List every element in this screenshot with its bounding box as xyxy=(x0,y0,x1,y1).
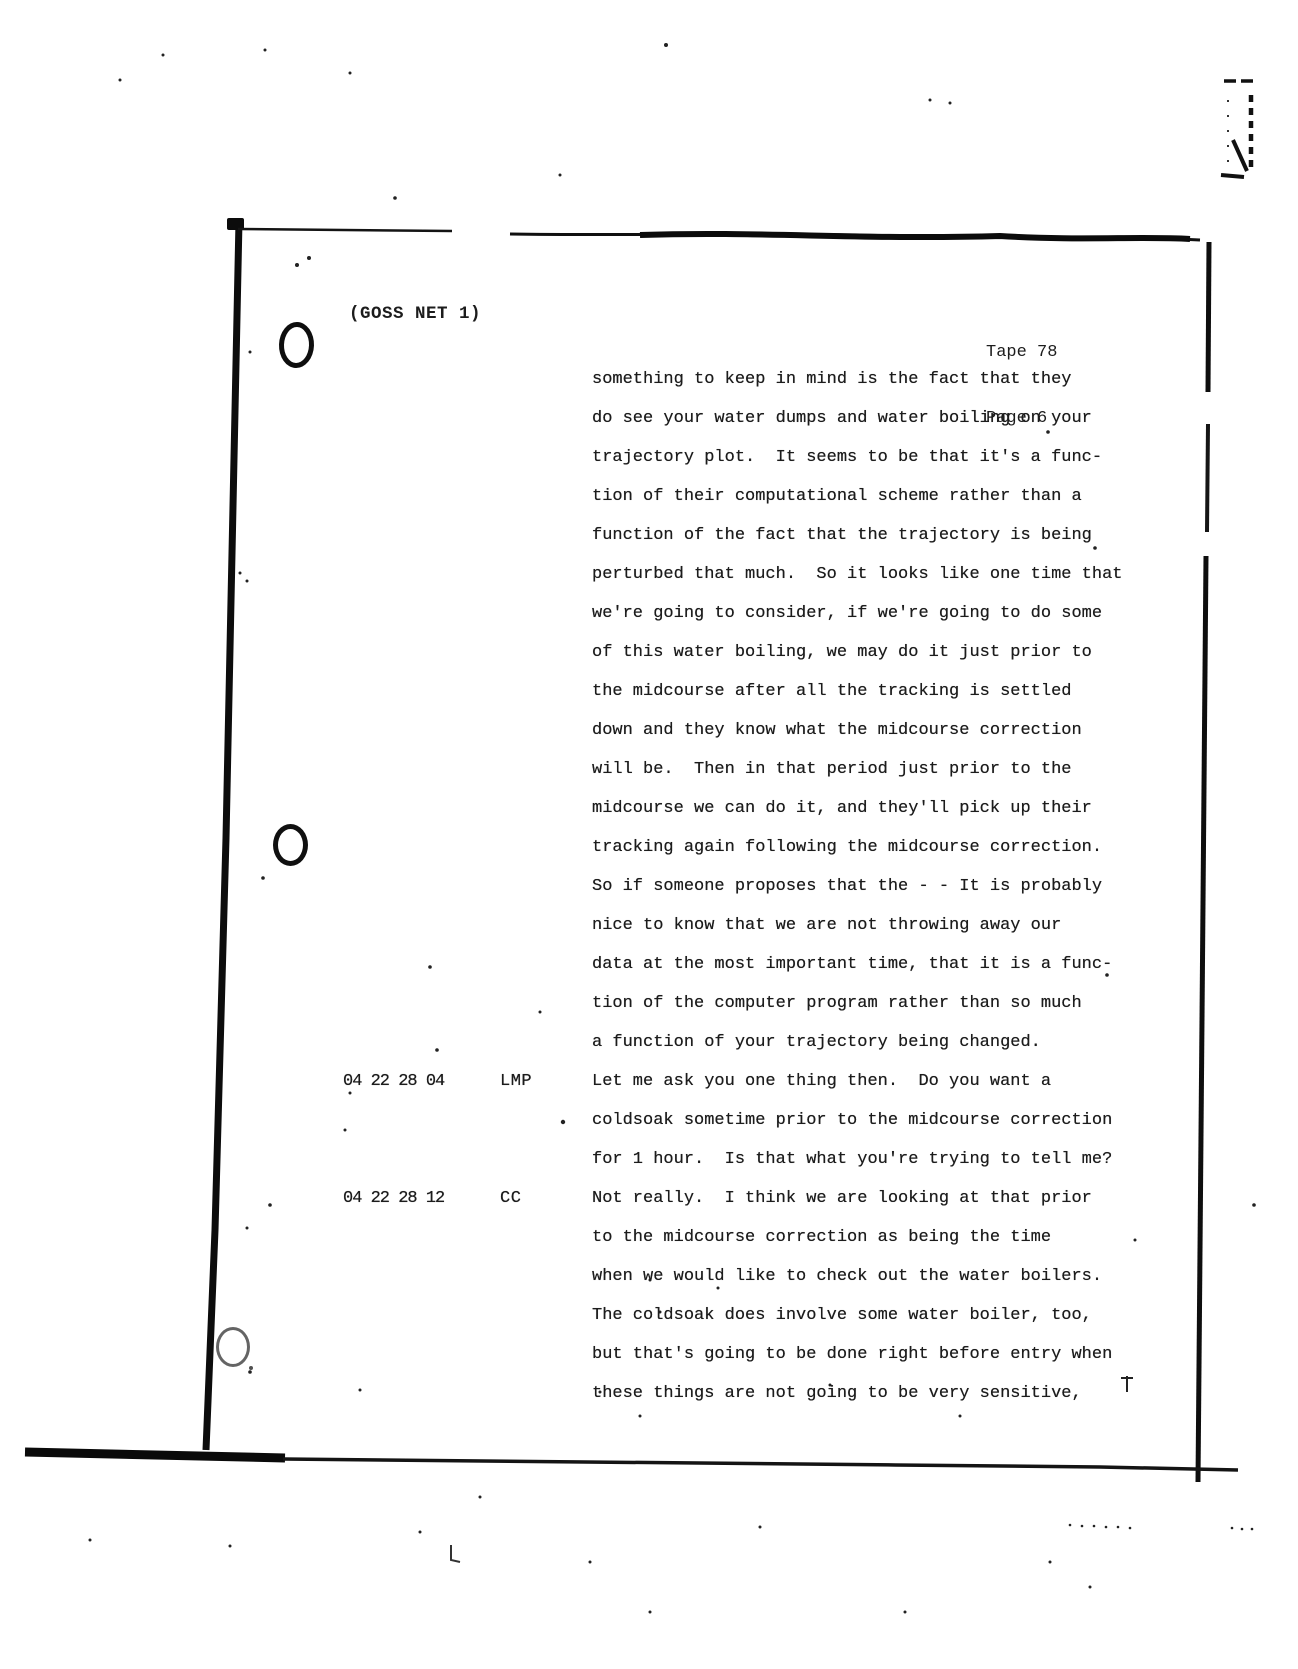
transcript-entry: 04 22 28 12 CC Not really. I think we ar… xyxy=(343,1179,1112,1413)
speaker-label: LMP xyxy=(500,1062,532,1101)
entry-lines: something to keep in mind is the fact th… xyxy=(592,360,1123,1062)
transcript-line: for 1 hour. Is that what you're trying t… xyxy=(592,1140,1112,1179)
transcript-line: we're going to consider, if we're going … xyxy=(592,594,1123,633)
hole-punch-icon xyxy=(216,1327,250,1367)
transcript-line: Not really. I think we are looking at th… xyxy=(592,1179,1112,1218)
net-label: (GOSS NET 1) xyxy=(349,304,481,324)
transcript-line: coldsoak sometime prior to the midcourse… xyxy=(592,1101,1112,1140)
transcript-line: but that's going to be done right before… xyxy=(592,1335,1112,1374)
entry-lines: Not really. I think we are looking at th… xyxy=(592,1179,1112,1413)
transcript-line: a function of your trajectory being chan… xyxy=(592,1023,1123,1062)
timestamp: 04 22 28 12 xyxy=(343,1179,444,1218)
transcript-line: Let me ask you one thing then. Do you wa… xyxy=(592,1062,1112,1101)
transcript-line: tion of their computational scheme rathe… xyxy=(592,477,1123,516)
transcript-line: these things are not going to be very se… xyxy=(592,1374,1112,1413)
transcript-line: nice to know that we are not throwing aw… xyxy=(592,906,1123,945)
transcript-line: data at the most important time, that it… xyxy=(592,945,1123,984)
corner-bracket-mark xyxy=(1221,81,1256,177)
bottom-rule-thin xyxy=(283,1459,1238,1470)
entry-lines: Let me ask you one thing then. Do you wa… xyxy=(592,1062,1112,1179)
speaker-label: CC xyxy=(500,1179,521,1218)
right-border-seg3 xyxy=(1198,556,1206,1482)
transcript-line: something to keep in mind is the fact th… xyxy=(592,360,1123,399)
transcript-line: down and they know what the midcourse co… xyxy=(592,711,1123,750)
hole-punch-icon xyxy=(273,824,308,866)
left-border-line xyxy=(206,221,239,1450)
transcript-line: tracking again following the midcourse c… xyxy=(592,828,1123,867)
transcript-line: tion of the computer program rather than… xyxy=(592,984,1123,1023)
bottom-tick-mark xyxy=(1121,1376,1133,1392)
bottom-rule-thick xyxy=(25,1452,285,1458)
top-right-rule-thick xyxy=(640,234,1190,239)
transcript-line: So if someone proposes that the - - It i… xyxy=(592,867,1123,906)
transcript-line: function of the fact that the trajectory… xyxy=(592,516,1123,555)
scanned-transcript-page: (GOSS NET 1) Tape 78 Page 6 something to… xyxy=(0,0,1298,1669)
transcript-line: trajectory plot. It seems to be that it'… xyxy=(592,438,1123,477)
right-border-seg2 xyxy=(1207,424,1208,532)
transcript-line: midcourse we can do it, and they'll pick… xyxy=(592,789,1123,828)
right-border-seg1 xyxy=(1208,242,1209,392)
transcript-entry: something to keep in mind is the fact th… xyxy=(343,360,1123,1062)
transcript-line: the midcourse after all the tracking is … xyxy=(592,672,1123,711)
transcript-entry: 04 22 28 04 LMP Let me ask you one thing… xyxy=(343,1062,1112,1179)
transcript-line: when we would like to check out the wate… xyxy=(592,1257,1112,1296)
transcript-line: perturbed that much. So it looks like on… xyxy=(592,555,1123,594)
transcript-line: will be. Then in that period just prior … xyxy=(592,750,1123,789)
transcript-line: do see your water dumps and water boilin… xyxy=(592,399,1123,438)
transcript-line: of this water boiling, we may do it just… xyxy=(592,633,1123,672)
stray-bracket-mark xyxy=(451,1545,460,1562)
timestamp: 04 22 28 04 xyxy=(343,1062,444,1101)
transcript-line: to the midcourse correction as being the… xyxy=(592,1218,1112,1257)
top-left-rule xyxy=(238,229,452,231)
transcript-line: The coldsoak does involve some water boi… xyxy=(592,1296,1112,1335)
